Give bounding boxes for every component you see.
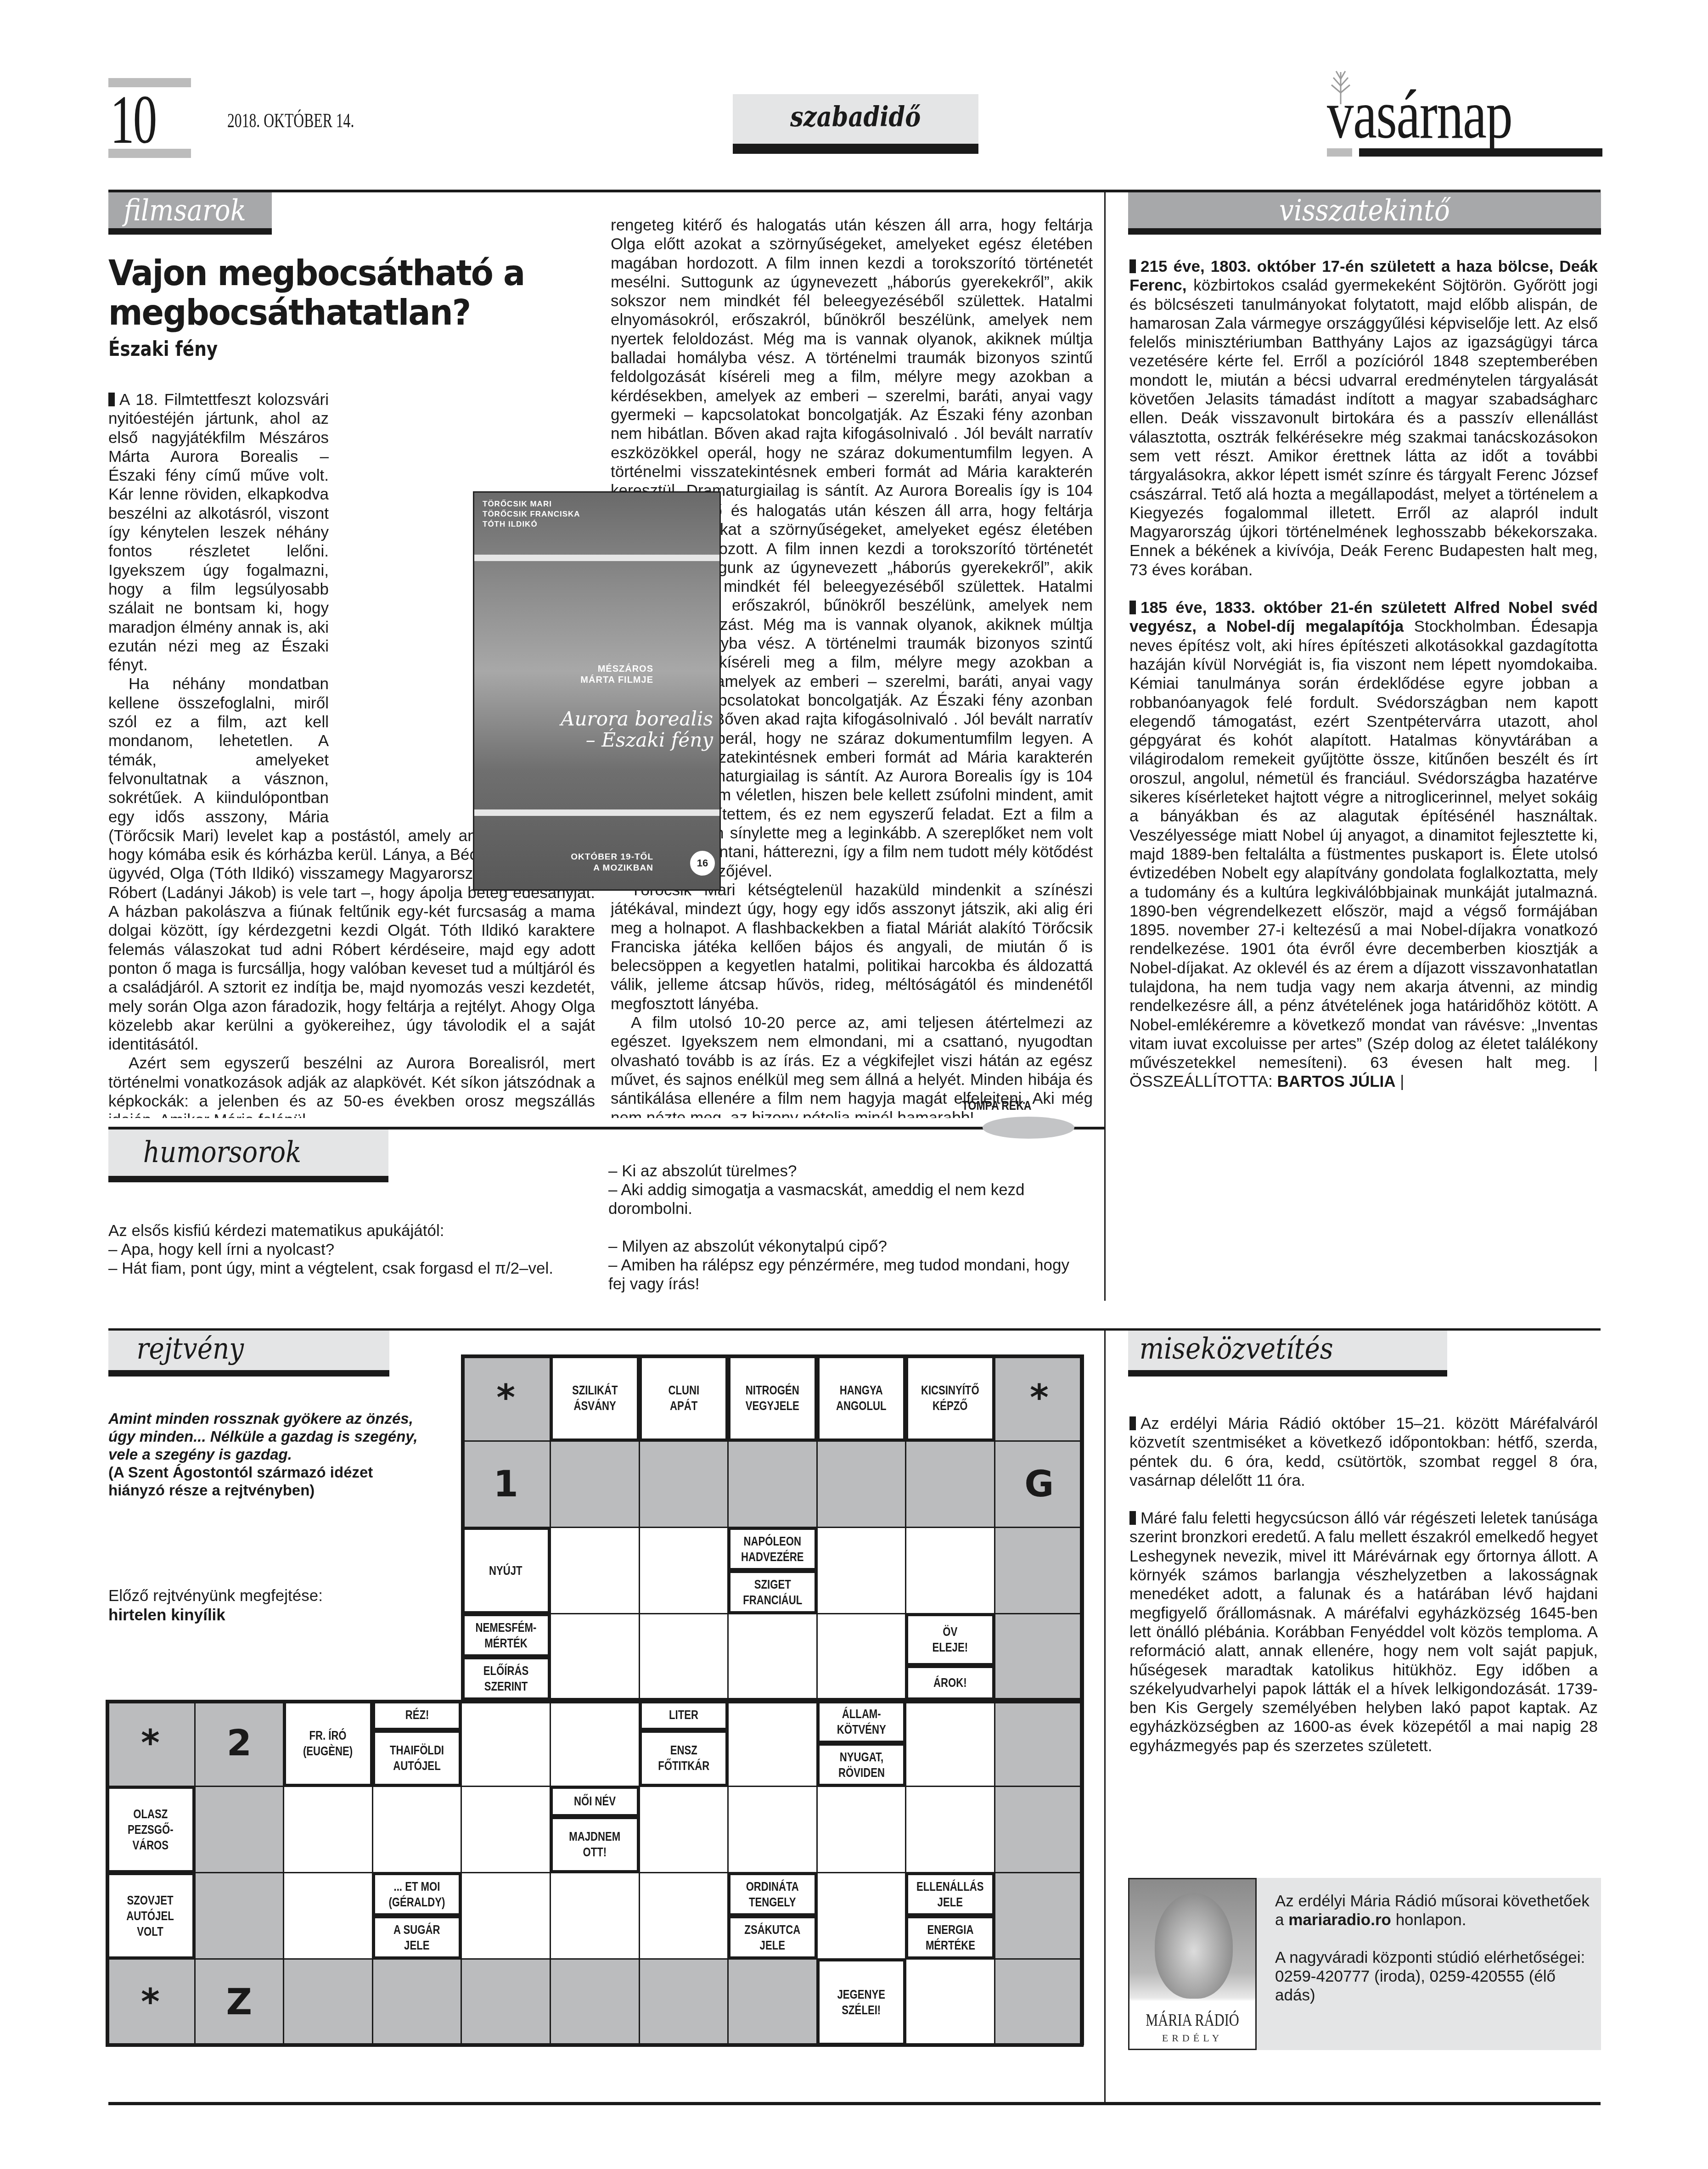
crossword-clue: OLASZ PEZSGŐ- VÁROS [106, 1786, 195, 1873]
article-paragraph: rengeteg kitérő és halogatás után készen… [611, 216, 1093, 501]
article-column-2-top: rengeteg kitérő és halogatás után készen… [611, 216, 1093, 501]
age-rating-badge: 16 [690, 851, 715, 876]
column-divider-upper [1104, 190, 1106, 1301]
maria-radio-logo: MÁRIA RÁDIÓ ERDÉLY [1128, 1878, 1257, 2050]
misekozvetites-header: miseközvetítés [1128, 1331, 1447, 1377]
crossword-shaded-cell [195, 1786, 284, 1873]
poster-release: OKTÓBER 19-TŐL A MOZIKBAN [566, 852, 653, 874]
crossword-clue: NYÚJT [461, 1527, 551, 1614]
crossword-shaded-cell [817, 1441, 906, 1528]
crossword-clue: ELŐÍRÁS SZERINT [461, 1657, 551, 1700]
humor-joke-1: Az elsős kisfiú kérdezi matematikus apuk… [108, 1221, 590, 1278]
crossword-shaded-cell: 1 [461, 1441, 551, 1528]
radio-info: Az erdélyi Mária Rádió műsorai követhető… [1275, 1892, 1592, 2023]
crossword-shaded-cell [461, 1959, 551, 2045]
visszatekinto-header: visszatekintő [1128, 192, 1601, 235]
author-byline: TOMPA RÉKA [962, 1099, 1031, 1113]
brand-name: vasárnap [1327, 80, 1512, 149]
crossword-answer-cell[interactable] [461, 1700, 551, 1787]
crossword-clue: NEMESFÉM- MÉRTÉK [461, 1613, 551, 1657]
section-title: szabadidő [790, 94, 921, 140]
crossword-answer-cell[interactable] [728, 1613, 817, 1700]
crossword-answer-cell[interactable] [283, 1872, 373, 1959]
crossword-answer-cell[interactable] [372, 1786, 462, 1873]
crossword-clue: NYUGAT, RÖVIDEN [817, 1743, 906, 1787]
crossword-grid: *SZILIKÁT ÁSVÁNYCLUNI APÁTNITROGÉN VEGYJ… [106, 1354, 1084, 2045]
radio-website-link[interactable]: mariaradio.ro [1288, 1911, 1391, 1929]
section-tab: szabadidő [733, 94, 978, 154]
crossword-answer-cell[interactable] [283, 1786, 373, 1873]
crossword-clue: FR. ÍRÓ (EUGÈNE) [283, 1700, 373, 1787]
maria-radio-box: MÁRIA RÁDIÓ ERDÉLY Az erdélyi Mária Rádi… [1128, 1878, 1601, 2050]
crossword-shaded-cell [372, 1959, 462, 2045]
crossword-answer-cell[interactable] [728, 1700, 817, 1787]
issue-date: 2018. OKTÓBER 14. [227, 109, 354, 132]
crossword-clue: ZSÁKUTCA JELE [728, 1916, 817, 1959]
filmsarok-header: filmsarok [108, 192, 272, 235]
poster-cast: TÖRŐCSIK MARITÖRŐCSIK FRANCISKATÓTH ILDI… [483, 499, 580, 529]
retro-item-deak: 215 éve, 1803. október 17-én született a… [1129, 257, 1598, 579]
filmsarok-label: filmsarok [108, 192, 252, 229]
crossword-shaded-cell: * [994, 1354, 1084, 1441]
crossword-shaded-cell [639, 1441, 729, 1528]
visszatekinto-label: visszatekintő [1157, 192, 1573, 229]
brand-logo: vasárnap [1327, 80, 1602, 158]
crossword-shaded-cell [728, 1959, 817, 2045]
crossword-answer-cell[interactable] [461, 1872, 551, 1959]
crossword-clue: ÁROK! [905, 1665, 995, 1700]
crossword-clue: NAPÓLEON HADVEZÉRE [728, 1527, 817, 1571]
crossword-shaded-cell [994, 1700, 1084, 1787]
crossword-answer-cell[interactable] [639, 1613, 729, 1700]
crossword-shaded-cell: 2 [195, 1700, 284, 1787]
crossword-answer-cell[interactable] [817, 1527, 906, 1614]
crossword-answer-cell[interactable] [461, 1786, 551, 1873]
crossword-answer-cell[interactable] [905, 1527, 995, 1614]
crossword-clue: ORDINÁTA TENGELY [728, 1872, 817, 1916]
crossword-clue: NŐI NÉV [550, 1786, 640, 1817]
crossword-clue: NITROGÉN VEGYJELE [728, 1354, 817, 1441]
crossword-clue: ELLENÁLLÁS JELE [905, 1872, 995, 1916]
crossword-clue: CLUNI APÁT [639, 1354, 729, 1441]
crossword-clue: SZIGET FRANCIÁUL [728, 1570, 817, 1614]
crossword-answer-cell[interactable] [905, 1786, 995, 1873]
crossword-shaded-cell [994, 1872, 1084, 1959]
crossword-shaded-cell [905, 1441, 995, 1528]
crossword-clue: ENSZ FŐTITKÁR [639, 1730, 729, 1787]
crossword-shaded-cell [283, 1959, 373, 2045]
crossword-clue: LITER [639, 1700, 729, 1731]
misekozvetites-label: miseközvetítés [1128, 1331, 1409, 1367]
page-number: 10 [110, 85, 156, 154]
crossword-clue: ÁLLAM- KÖTVÉNY [817, 1700, 906, 1743]
crossword-shaded-cell [994, 1527, 1084, 1614]
crossword-clue: MAJDNEM OTT! [550, 1816, 640, 1873]
article-subhead: Északi fény [108, 337, 218, 361]
mass-schedule: Az erdélyi Mária Rádió október 15–21. kö… [1129, 1414, 1598, 1490]
mass-column: Az erdélyi Mária Rádió október 15–21. kö… [1129, 1414, 1598, 1755]
crossword-clue: ÖV ELEJE! [905, 1613, 995, 1666]
film-poster: TÖRŐCSIK MARITÖRŐCSIK FRANCISKATÓTH ILDI… [473, 491, 721, 891]
crossword-shaded-cell [994, 1786, 1084, 1873]
madonna-image [1155, 1893, 1233, 1999]
crossword-answer-cell[interactable] [639, 1786, 729, 1873]
crossword-clue: SZILIKÁT ÁSVÁNY [550, 1354, 640, 1441]
crossword-answer-cell[interactable] [639, 1872, 729, 1959]
crossword-clue: SZOVJET AUTÓJEL VOLT [106, 1872, 195, 1959]
crossword-clue: THAIFÖLDI AUTÓJEL [372, 1730, 462, 1787]
crossword-answer-cell[interactable] [905, 1700, 995, 1787]
crossword-shaded-cell: * [461, 1354, 551, 1441]
crossword-shaded-cell [994, 1613, 1084, 1700]
crossword-answer-cell[interactable] [550, 1527, 640, 1614]
crossword-shaded-cell [550, 1959, 640, 2045]
retro-item-nobel: 185 éve, 1833. október 21-én született A… [1129, 598, 1598, 1091]
crossword-shaded-cell [994, 1959, 1084, 2045]
crossword-shaded-cell [195, 1872, 284, 1959]
crossword-shaded-cell [639, 1959, 729, 2045]
crossword-answer-cell[interactable] [639, 1527, 729, 1614]
humorsorok-header: humorsorok [108, 1129, 388, 1182]
humorsorok-label: humorsorok [108, 1129, 355, 1175]
crossword-shaded-cell: * [106, 1959, 195, 2045]
crossword-answer-cell[interactable] [905, 1959, 995, 2045]
crossword-answer-cell[interactable] [817, 1613, 906, 1700]
article-paragraph: Azért sem egyszerű beszélni az Aurora Bo… [108, 1054, 595, 1118]
poster-title: Aurora borealis– Északi fény [543, 708, 713, 751]
crossword-shaded-cell [728, 1441, 817, 1528]
crossword-shaded-cell: * [106, 1700, 195, 1787]
crossword-clue: HANGYA ANGOLUL [817, 1354, 906, 1441]
page-number-bar-bottom [108, 149, 191, 158]
crossword-answer-cell[interactable] [817, 1872, 906, 1959]
crossword-answer-cell[interactable] [817, 1786, 906, 1873]
crossword-answer-cell[interactable] [550, 1872, 640, 1959]
paragraph-marker [108, 393, 115, 406]
crossword-answer-cell[interactable] [550, 1700, 640, 1787]
crossword-clue: KICSINYÍTŐ KÉPZŐ [905, 1354, 995, 1441]
column-divider-lower [1104, 1328, 1106, 2104]
brand-rule [1327, 148, 1602, 157]
crossword-clue: ... ET MOI (GÉRALDY) [372, 1872, 462, 1916]
humor-jokes-2: – Ki az abszolút türelmes?– Aki addig si… [608, 1162, 1090, 1293]
crossword-clue: ENERGIA MÉRTÉKE [905, 1916, 995, 1959]
byline-ornament [983, 1117, 1074, 1139]
retro-column: 215 éve, 1803. október 17-én született a… [1129, 257, 1598, 1091]
mass-history: Máré falu feletti hegycsúcson álló vár r… [1129, 1509, 1598, 1755]
crossword-shaded-cell [550, 1441, 640, 1528]
crossword-clue: RÉZ! [372, 1700, 462, 1731]
crossword-answer-cell[interactable] [550, 1613, 640, 1700]
crossword-shaded-cell: Z [195, 1959, 284, 2045]
crossword-clue: A SUGÁR JELE [372, 1916, 462, 1959]
crossword-answer-cell[interactable] [728, 1786, 817, 1873]
crossword-shaded-cell: G [994, 1441, 1084, 1528]
bottom-rule [108, 2102, 1601, 2105]
poster-director: MÉSZÁROS MÁRTA FILMJE [580, 663, 653, 686]
article-paragraph: Törőcsik Mari kétségtelenül hazaküld min… [611, 881, 1093, 1013]
article-headline: Vajon megbocsátható a megbocsáthatatlan? [108, 253, 583, 332]
crossword-clue: JEGENYE SZÉLEI! [817, 1959, 906, 2045]
